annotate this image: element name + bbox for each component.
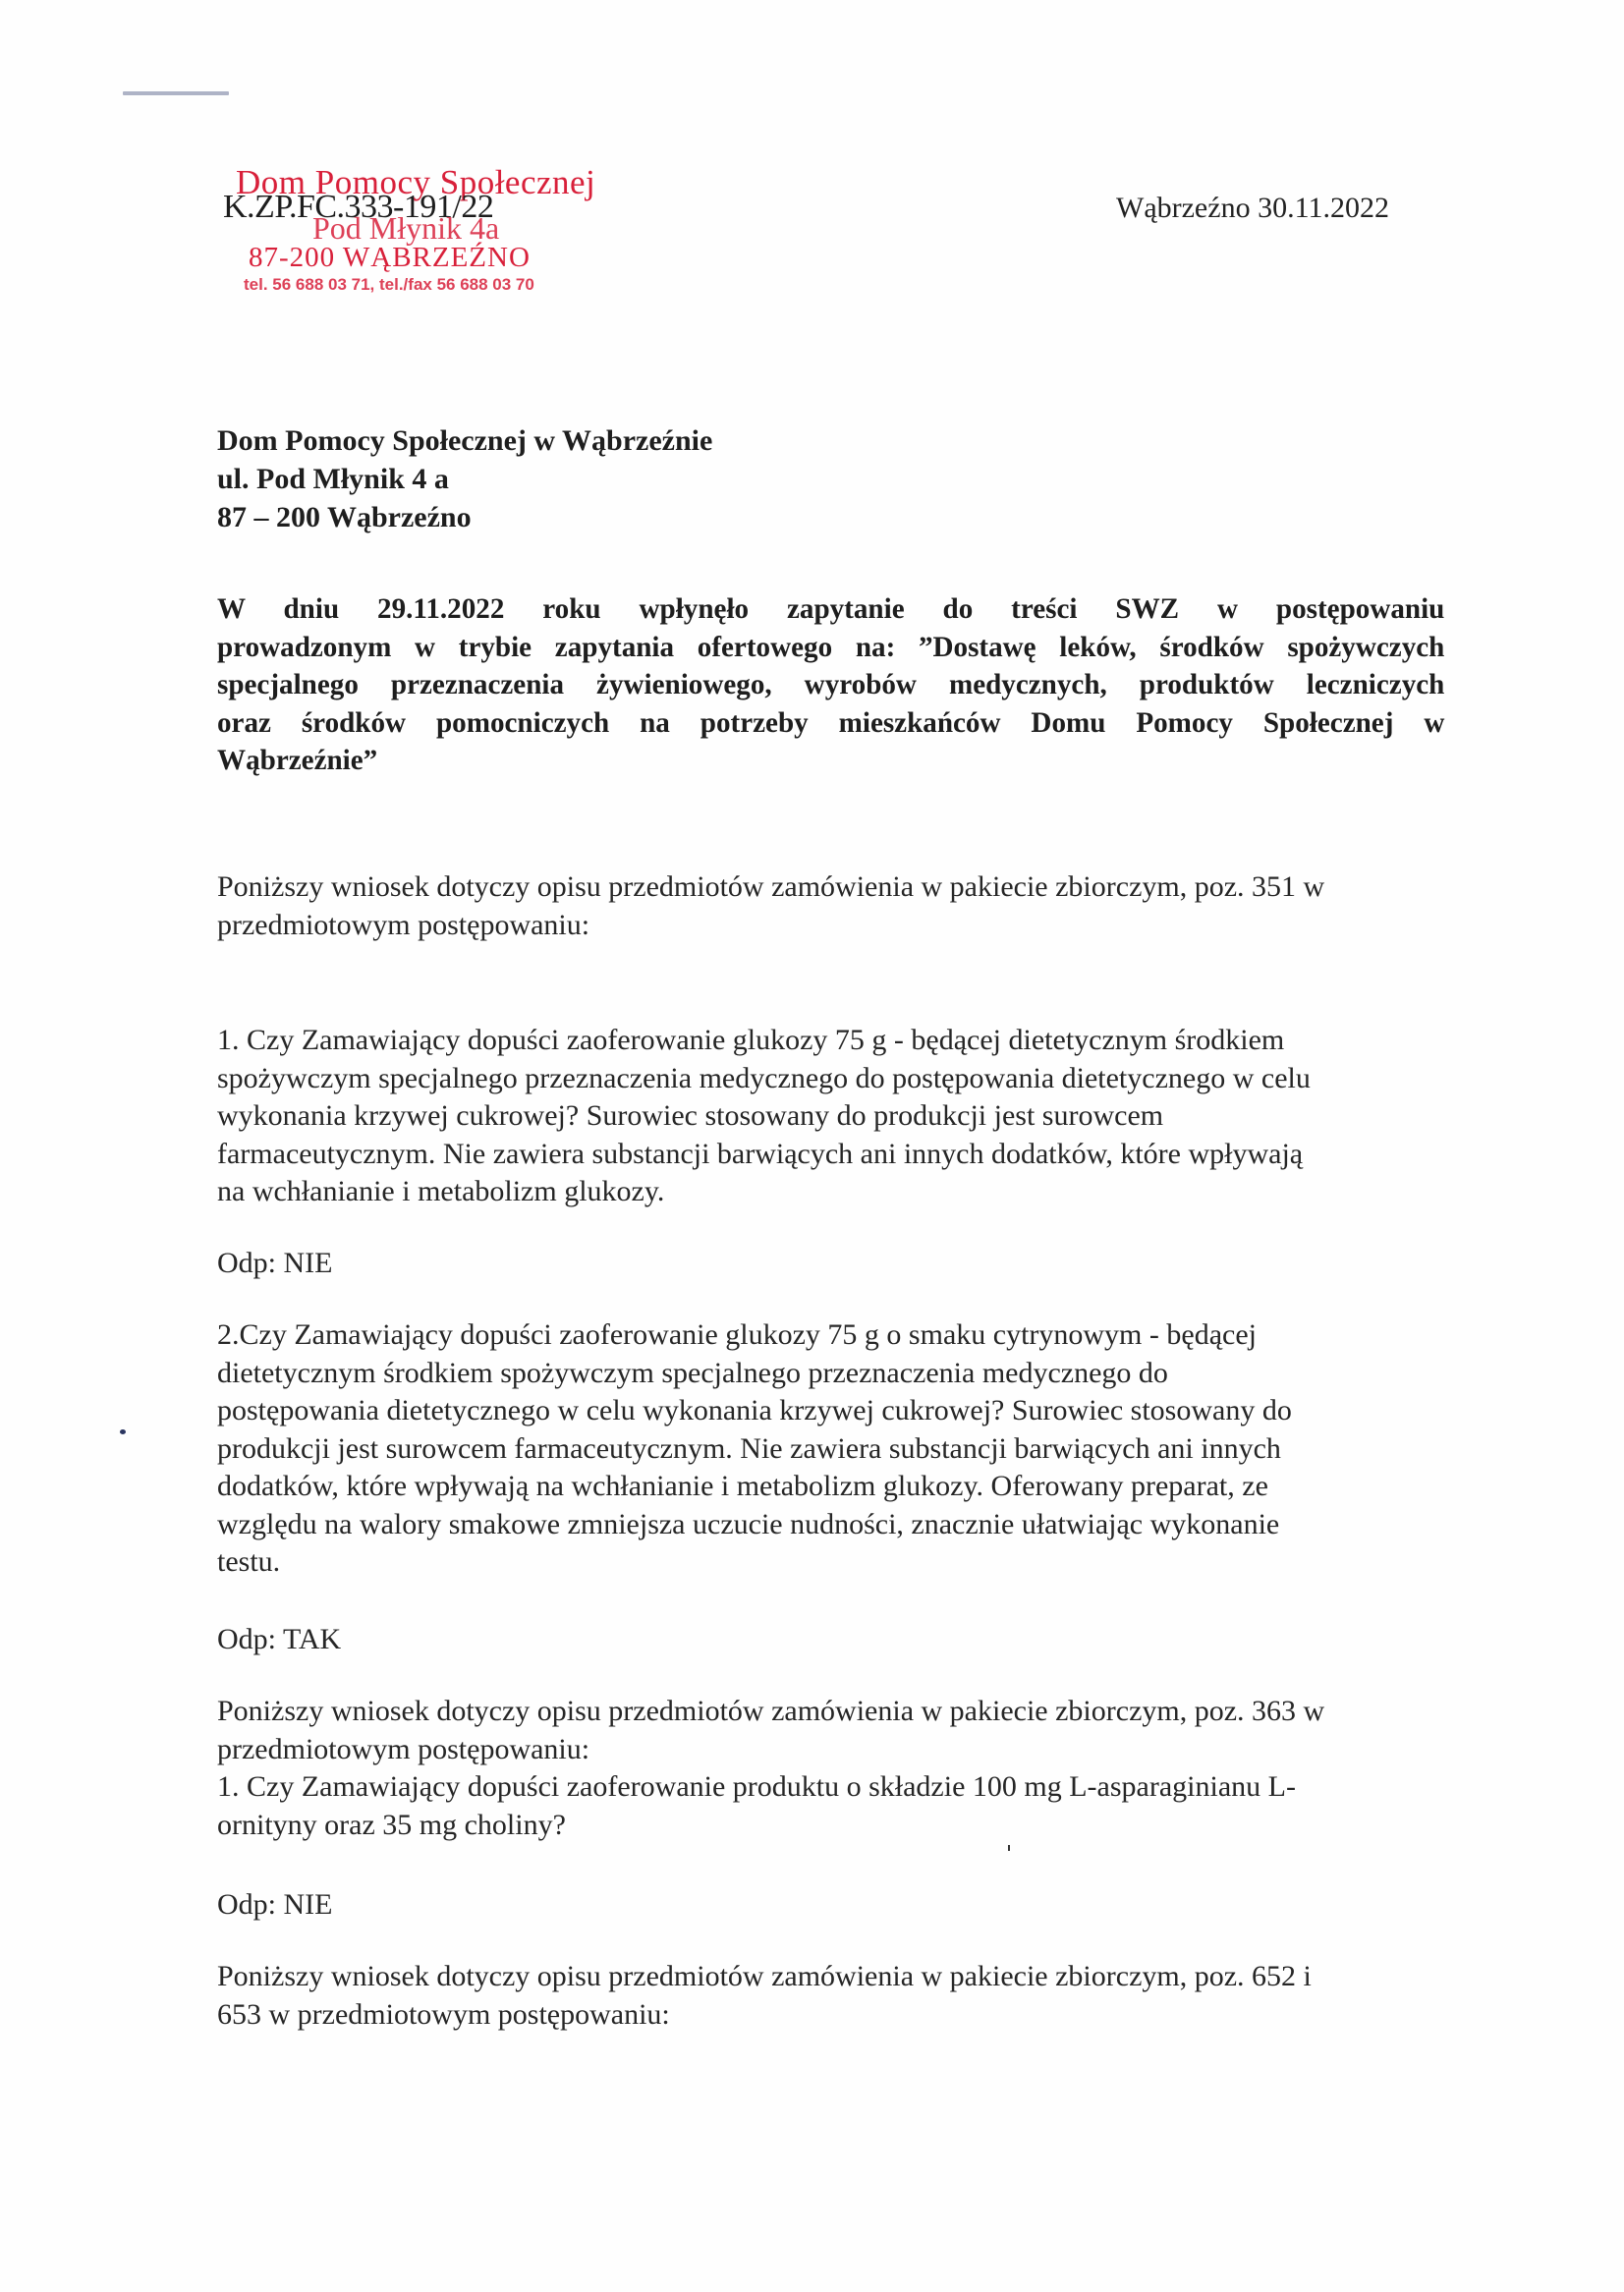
recipient-street: ul. Pod Młynik 4 a bbox=[217, 460, 712, 498]
text-line: dodatków, które wpływają na wchłanianie … bbox=[217, 1468, 1484, 1506]
text-line: Poniższy wniosek dotyczy opisu przedmiot… bbox=[217, 1958, 1484, 1996]
text-line: 1. Czy Zamawiający dopuści zaoferowanie … bbox=[217, 1022, 1484, 1060]
scan-artifact-speck bbox=[1008, 1845, 1010, 1851]
text-line: Poniższy wniosek dotyczy opisu przedmiot… bbox=[217, 1693, 1484, 1731]
text-line: 653 w przedmiotowym postępowaniu: bbox=[217, 1996, 1484, 2035]
section-351-question-1: 1. Czy Zamawiający dopuści zaoferowanie … bbox=[217, 1022, 1484, 1211]
section-351-answer-1: Odp: NIE bbox=[217, 1245, 1484, 1283]
text-line: produkcji jest surowcem farmaceutycznym.… bbox=[217, 1430, 1484, 1469]
text-line: ornityny oraz 35 mg choliny? bbox=[217, 1807, 1484, 1845]
recipient-address: Dom Pomocy Społecznej w Wąbrzeźnie ul. P… bbox=[217, 421, 712, 536]
section-351-intro: Poniższy wniosek dotyczy opisu przedmiot… bbox=[217, 868, 1484, 944]
section-363: Poniższy wniosek dotyczy opisu przedmiot… bbox=[217, 1693, 1484, 1844]
section-652-653: Poniższy wniosek dotyczy opisu przedmiot… bbox=[217, 1958, 1484, 2034]
intro-line: W dniu 29.11.2022 roku wpłynęło zapytani… bbox=[217, 590, 1444, 629]
text-line: 2.Czy Zamawiający dopuści zaoferowanie g… bbox=[217, 1316, 1484, 1355]
answer-text: Odp: TAK bbox=[217, 1621, 1484, 1659]
text-line: przedmiotowym postępowaniu: bbox=[217, 907, 1484, 945]
text-line: postępowania dietetycznego w celu wykona… bbox=[217, 1392, 1484, 1430]
intro-line: specjalnego przeznaczenia żywieniowego, … bbox=[217, 666, 1444, 704]
answer-text: Odp: NIE bbox=[217, 1886, 1484, 1925]
text-line: testu. bbox=[217, 1543, 1484, 1582]
recipient-postal-city: 87 – 200 Wąbrzeźno bbox=[217, 498, 712, 536]
text-line: wykonania krzywej cukrowej? Surowiec sto… bbox=[217, 1097, 1484, 1136]
section-351-question-2: 2.Czy Zamawiający dopuści zaoferowanie g… bbox=[217, 1316, 1484, 1582]
scan-artifact-line bbox=[123, 91, 229, 95]
reference-number: K.ZP.FC.333-191/22 bbox=[223, 189, 493, 226]
text-line: spożywczym specjalnego przeznaczenia med… bbox=[217, 1060, 1484, 1098]
scan-artifact-speck bbox=[120, 1429, 126, 1434]
place-and-date: Wąbrzeźno 30.11.2022 bbox=[1116, 192, 1389, 225]
stamp-line-phone: tel. 56 688 03 71, tel./fax 56 688 03 70 bbox=[244, 276, 534, 293]
document-page: Dom Pomocy Społecznej Pod Młynik 4a 87-2… bbox=[0, 0, 1624, 2292]
section-363-answer-1: Odp: NIE bbox=[217, 1886, 1484, 1925]
text-line: względu na walory smakowe zmniejsza uczu… bbox=[217, 1506, 1484, 1544]
stamp-line-city: 87-200 WĄBRZEŹNO bbox=[249, 244, 531, 272]
text-line: na wchłanianie i metabolizm glukozy. bbox=[217, 1173, 1484, 1211]
section-351-answer-2: Odp: TAK bbox=[217, 1621, 1484, 1659]
intro-line: prowadzonym w trybie zapytania ofertoweg… bbox=[217, 629, 1444, 667]
text-line: farmaceutycznym. Nie zawiera substancji … bbox=[217, 1136, 1484, 1174]
intro-line: Wąbrzeźnie” bbox=[217, 742, 1444, 780]
text-line: dietetycznym środkiem spożywczym specjal… bbox=[217, 1355, 1484, 1393]
text-line: 1. Czy Zamawiający dopuści zaoferowanie … bbox=[217, 1768, 1484, 1807]
intro-line: oraz środków pomocniczych na potrzeby mi… bbox=[217, 704, 1444, 743]
intro-paragraph: W dniu 29.11.2022 roku wpłynęło zapytani… bbox=[217, 590, 1444, 780]
text-line: przedmiotowym postępowaniu: bbox=[217, 1731, 1484, 1769]
recipient-name: Dom Pomocy Społecznej w Wąbrzeźnie bbox=[217, 421, 712, 460]
text-line: Poniższy wniosek dotyczy opisu przedmiot… bbox=[217, 868, 1484, 907]
answer-text: Odp: NIE bbox=[217, 1245, 1484, 1283]
